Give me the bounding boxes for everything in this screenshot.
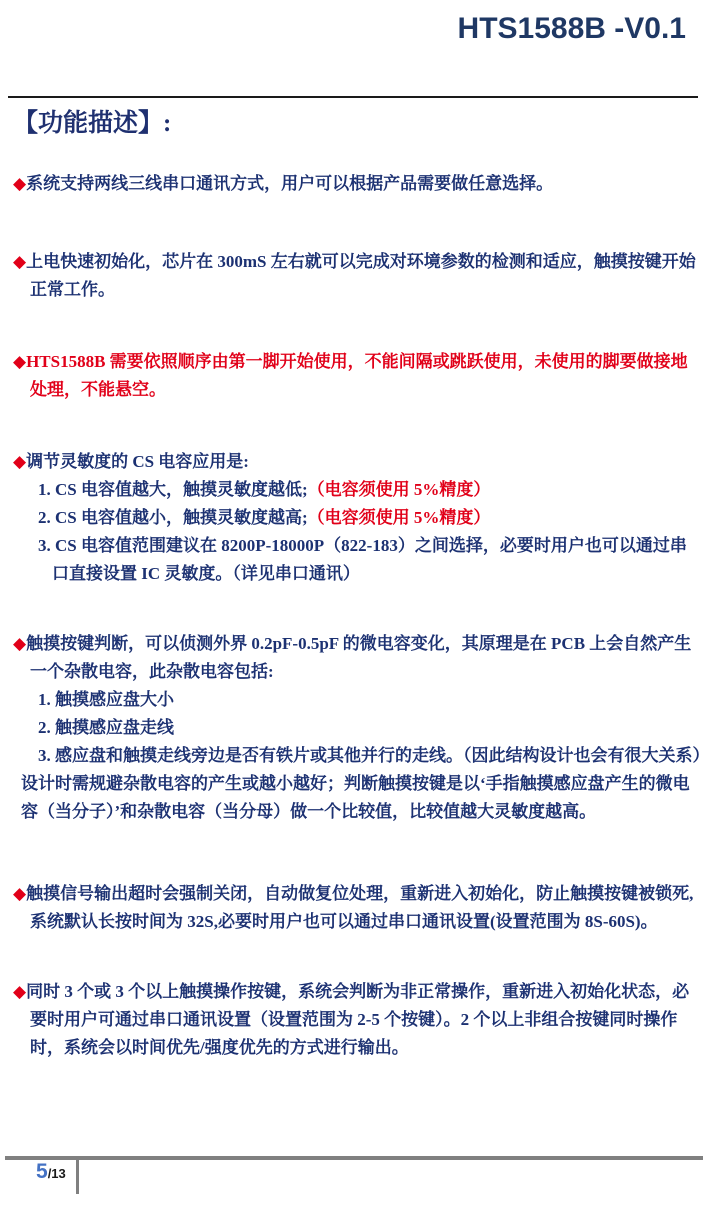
list-item: 2. CS 电容值越小，触摸灵敏度越高;（电容须使用 5%精度） xyxy=(38,504,703,532)
paragraph-text: ◆HTS1588B 需要依照顺序由第一脚开始使用，不能间隔或跳跃使用，未使用的脚… xyxy=(13,348,703,404)
list-item: 3. 感应盘和触摸走线旁边是否有铁片或其他并行的走线。（因此结构设计也会有很大关… xyxy=(38,742,703,770)
header-rule xyxy=(8,96,698,98)
section-title: 【功能描述】: xyxy=(13,103,171,139)
paragraph-body: 上电快速初始化，芯片在 300mS 左右就可以完成对环境参数的检测和适应，触摸按… xyxy=(26,252,696,299)
list-item-text: 1. CS 电容值越大，触摸灵敏度越低; xyxy=(38,480,308,499)
bullet-serial-support: ◆系统支持两线三线串口通讯方式，用户可以根据产品需要做任意选择。 xyxy=(13,170,703,198)
list-item: 1. 触摸感应盘大小 xyxy=(38,686,703,714)
bullet-diamond-icon: ◆ xyxy=(13,634,26,653)
paragraph-body: 同时 3 个或 3 个以上触摸操作按键，系统会判断为非正常操作，重新进入初始化状… xyxy=(26,982,689,1057)
list-item-text: 1. 触摸感应盘大小 xyxy=(38,690,174,709)
paragraph-body: HTS1588B 需要依照顺序由第一脚开始使用，不能间隔或跳跃使用，未使用的脚要… xyxy=(26,352,688,399)
precision-note: （电容须使用 5%精度） xyxy=(308,480,491,499)
paragraph-body: 系统支持两线三线串口通讯方式，用户可以根据产品需要做任意选择。 xyxy=(26,174,553,193)
page-number: 5/13 xyxy=(36,1160,66,1184)
list-item-text: 3. CS 电容值范围建议在 8200P-18000P（822-183）之间选择… xyxy=(38,536,687,583)
list-item-text: 2. 触摸感应盘走线 xyxy=(38,718,174,737)
paragraph-body: 调节灵敏度的 CS 电容应用是: xyxy=(26,452,249,471)
bullet-diamond-icon: ◆ xyxy=(13,252,26,271)
bullet-cs-capacitor: ◆调节灵敏度的 CS 电容应用是: 1. CS 电容值越大，触摸灵敏度越低;（电… xyxy=(13,448,703,588)
list-item: 2. 触摸感应盘走线 xyxy=(38,714,703,742)
paragraph-text: ◆调节灵敏度的 CS 电容应用是: xyxy=(13,448,703,476)
list-item-text: 3. 感应盘和触摸走线旁边是否有铁片或其他并行的走线。（因此结构设计也会有很大关… xyxy=(38,746,710,765)
list-item: 1. CS 电容值越大，触摸灵敏度越低;（电容须使用 5%精度） xyxy=(38,476,703,504)
paragraph-text: ◆触摸按键判断，可以侦测外界 0.2pF-0.5pF 的微电容变化，其原理是在 … xyxy=(13,630,703,686)
document-title: HTS1588B -V0.1 xyxy=(458,12,686,46)
paragraph-text: ◆同时 3 个或 3 个以上触摸操作按键，系统会判断为非正常操作，重新进入初始化… xyxy=(13,978,703,1062)
page-number-total: /13 xyxy=(48,1166,66,1181)
paragraph-body: 触摸信号输出超时会强制关闭，自动做复位处理，重新进入初始化，防止触摸按键被锁死,… xyxy=(26,884,693,931)
precision-note: （电容须使用 5%精度） xyxy=(308,508,491,527)
bullet-output-timeout: ◆触摸信号输出超时会强制关闭，自动做复位处理，重新进入初始化，防止触摸按键被锁死… xyxy=(13,880,703,936)
bullet-pin-order-warning: ◆HTS1588B 需要依照顺序由第一脚开始使用，不能间隔或跳跃使用，未使用的脚… xyxy=(13,348,703,404)
paragraph-body: 触摸按键判断，可以侦测外界 0.2pF-0.5pF 的微电容变化，其原理是在 P… xyxy=(26,634,691,681)
design-advice-text: 设计时需规避杂散电容的产生或越小越好；判断触摸按键是以‘手指触摸感应盘产生的微电… xyxy=(13,770,703,826)
footer-divider xyxy=(76,1156,79,1194)
bullet-diamond-icon: ◆ xyxy=(13,982,26,1001)
bullet-diamond-icon: ◆ xyxy=(13,452,26,471)
bullet-diamond-icon: ◆ xyxy=(13,352,26,371)
page-number-current: 5 xyxy=(36,1160,48,1184)
bullet-diamond-icon: ◆ xyxy=(13,884,26,903)
list-item: 3. CS 电容值范围建议在 8200P-18000P（822-183）之间选择… xyxy=(38,532,703,588)
list-item-text: 2. CS 电容值越小，触摸灵敏度越高; xyxy=(38,508,308,527)
document-page: HTS1588B -V0.1 【功能描述】: ◆系统支持两线三线串口通讯方式，用… xyxy=(0,0,710,1232)
bullet-diamond-icon: ◆ xyxy=(13,174,26,193)
bullet-power-init: ◆上电快速初始化，芯片在 300mS 左右就可以完成对环境参数的检测和适应，触摸… xyxy=(13,248,703,304)
paragraph-text: ◆触摸信号输出超时会强制关闭，自动做复位处理，重新进入初始化，防止触摸按键被锁死… xyxy=(13,880,703,936)
paragraph-text: ◆系统支持两线三线串口通讯方式，用户可以根据产品需要做任意选择。 xyxy=(13,170,703,198)
paragraph-text: ◆上电快速初始化，芯片在 300mS 左右就可以完成对环境参数的检测和适应，触摸… xyxy=(13,248,703,304)
footer-rule xyxy=(5,1156,703,1160)
bullet-multi-key: ◆同时 3 个或 3 个以上触摸操作按键，系统会判断为非正常操作，重新进入初始化… xyxy=(13,978,703,1062)
bullet-touch-detection: ◆触摸按键判断，可以侦测外界 0.2pF-0.5pF 的微电容变化，其原理是在 … xyxy=(13,630,703,826)
